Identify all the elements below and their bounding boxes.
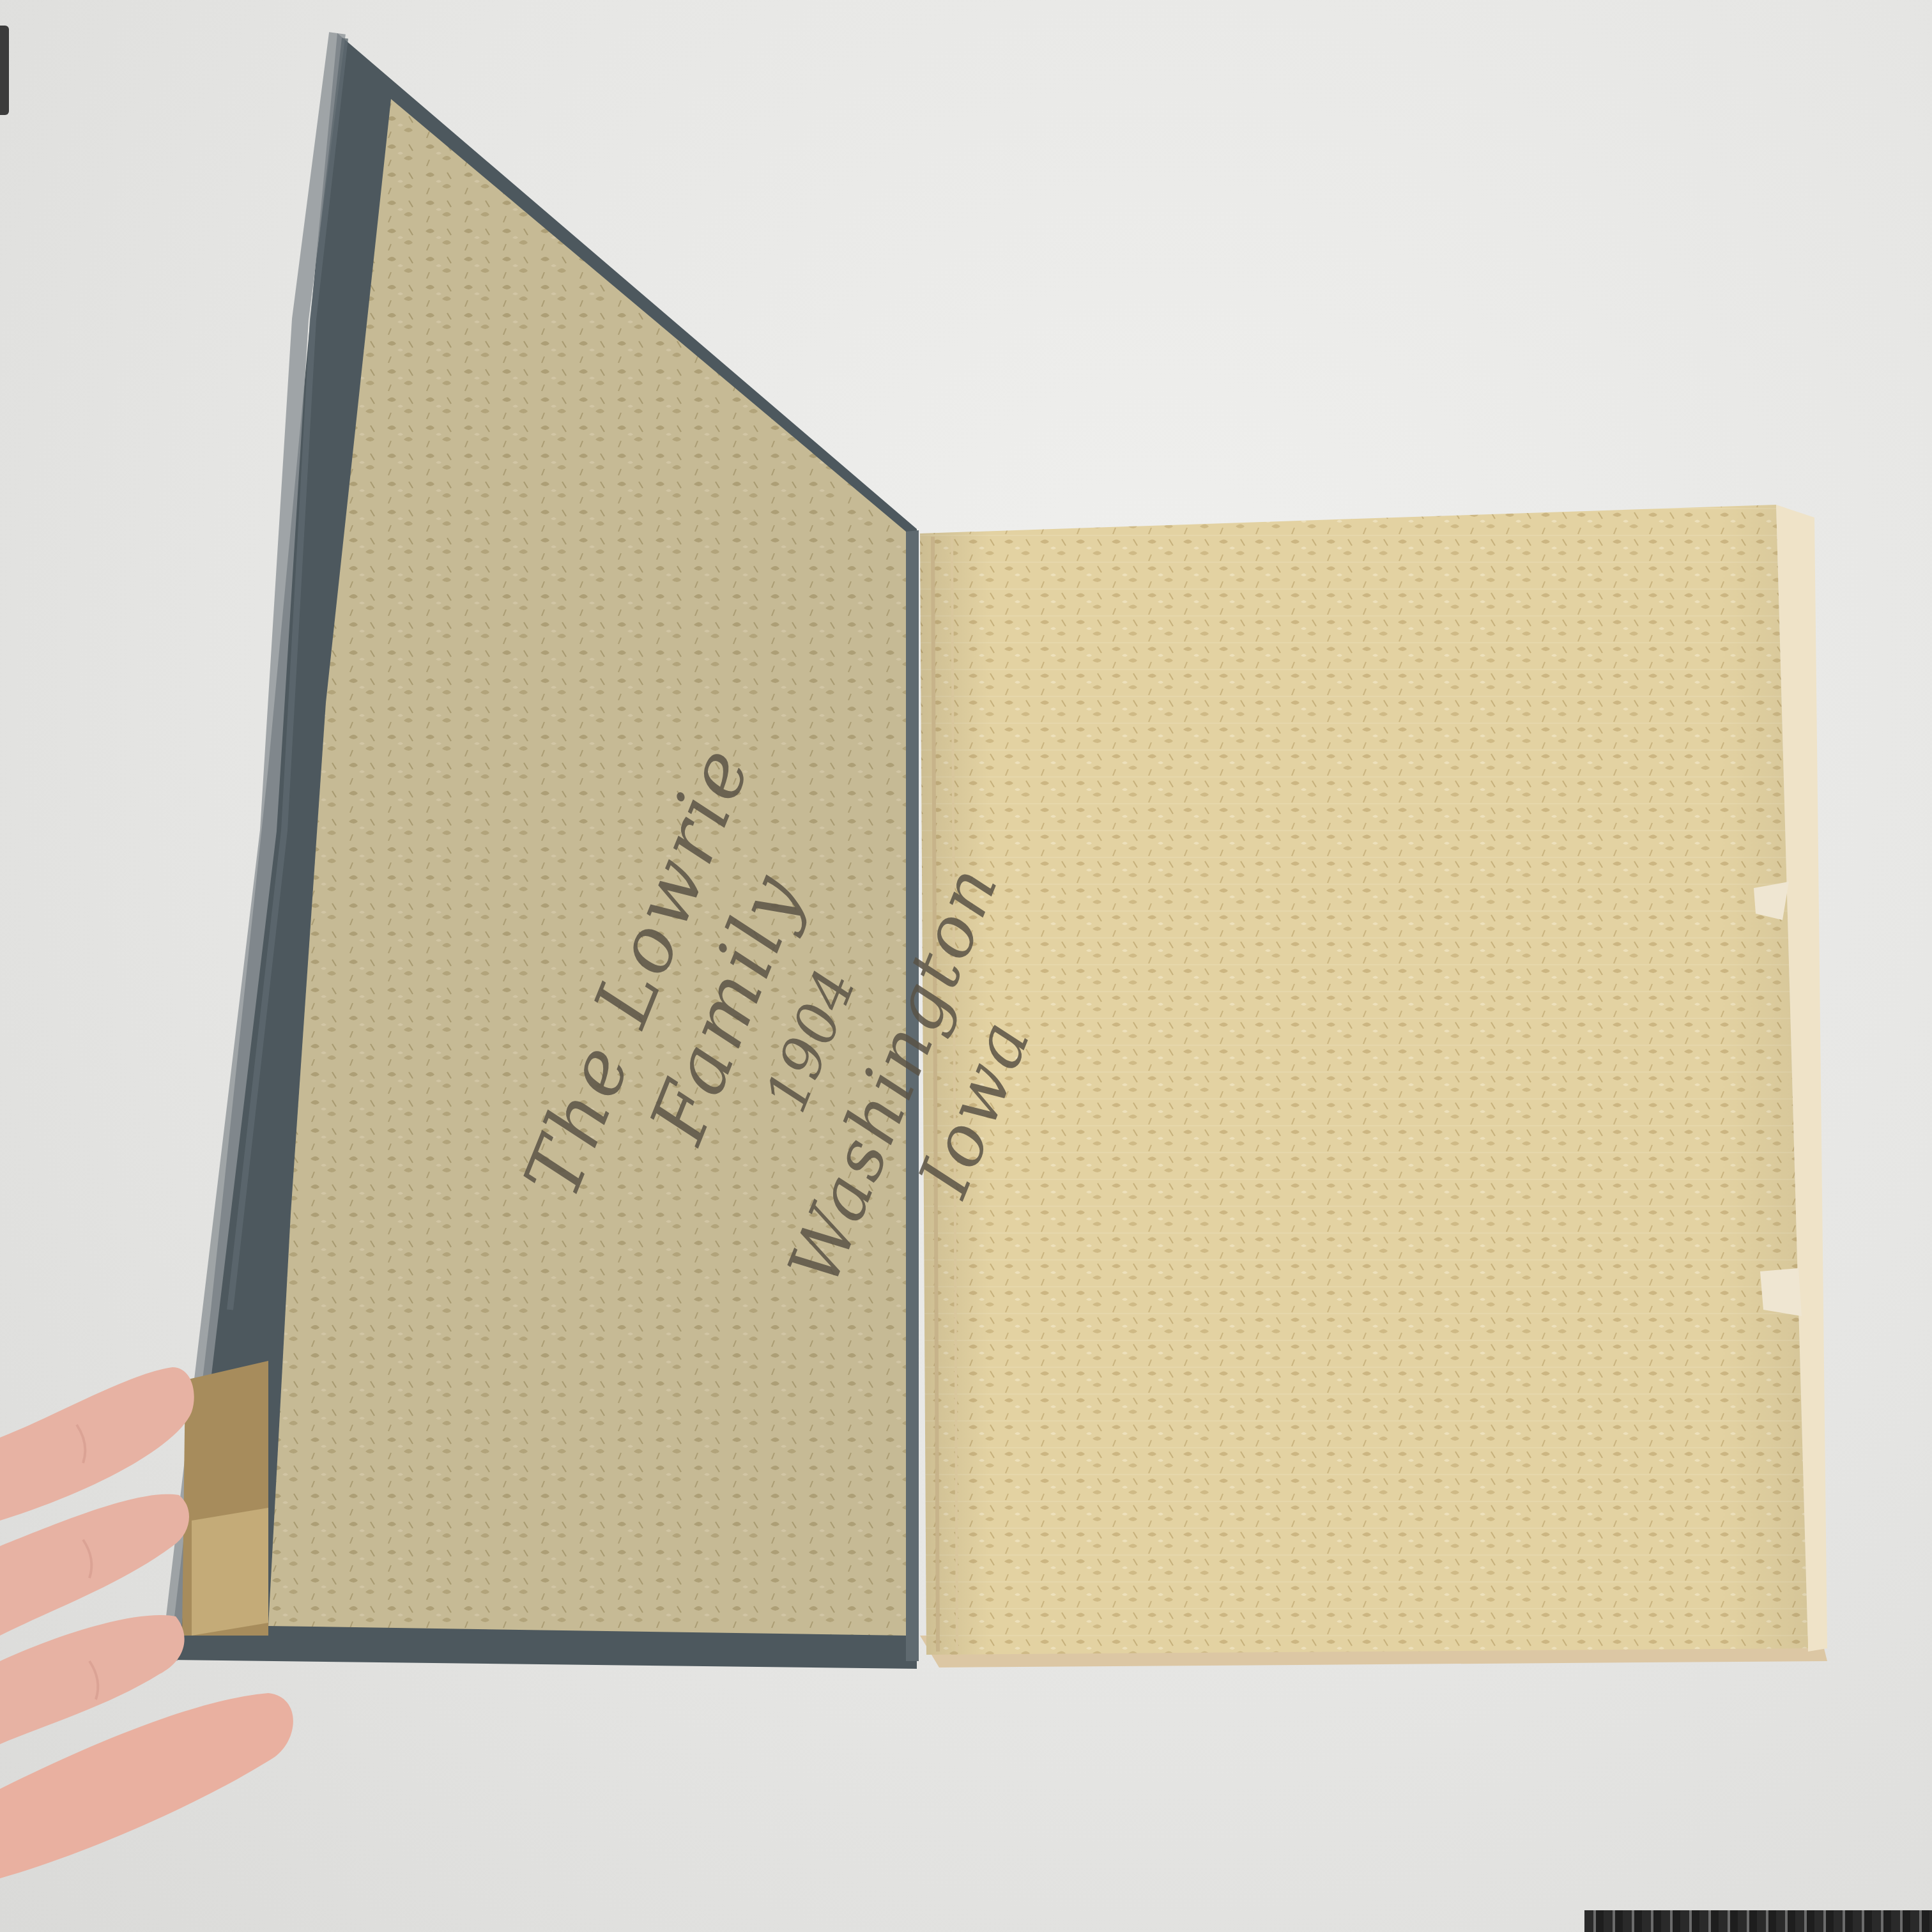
finger-middle — [0, 1494, 189, 1636]
background-patterned-object — [1584, 1910, 1932, 1932]
hand — [0, 0, 1932, 1932]
photo-scene: The Lowrie Family 1904 Washington Iowa — [0, 0, 1932, 1932]
